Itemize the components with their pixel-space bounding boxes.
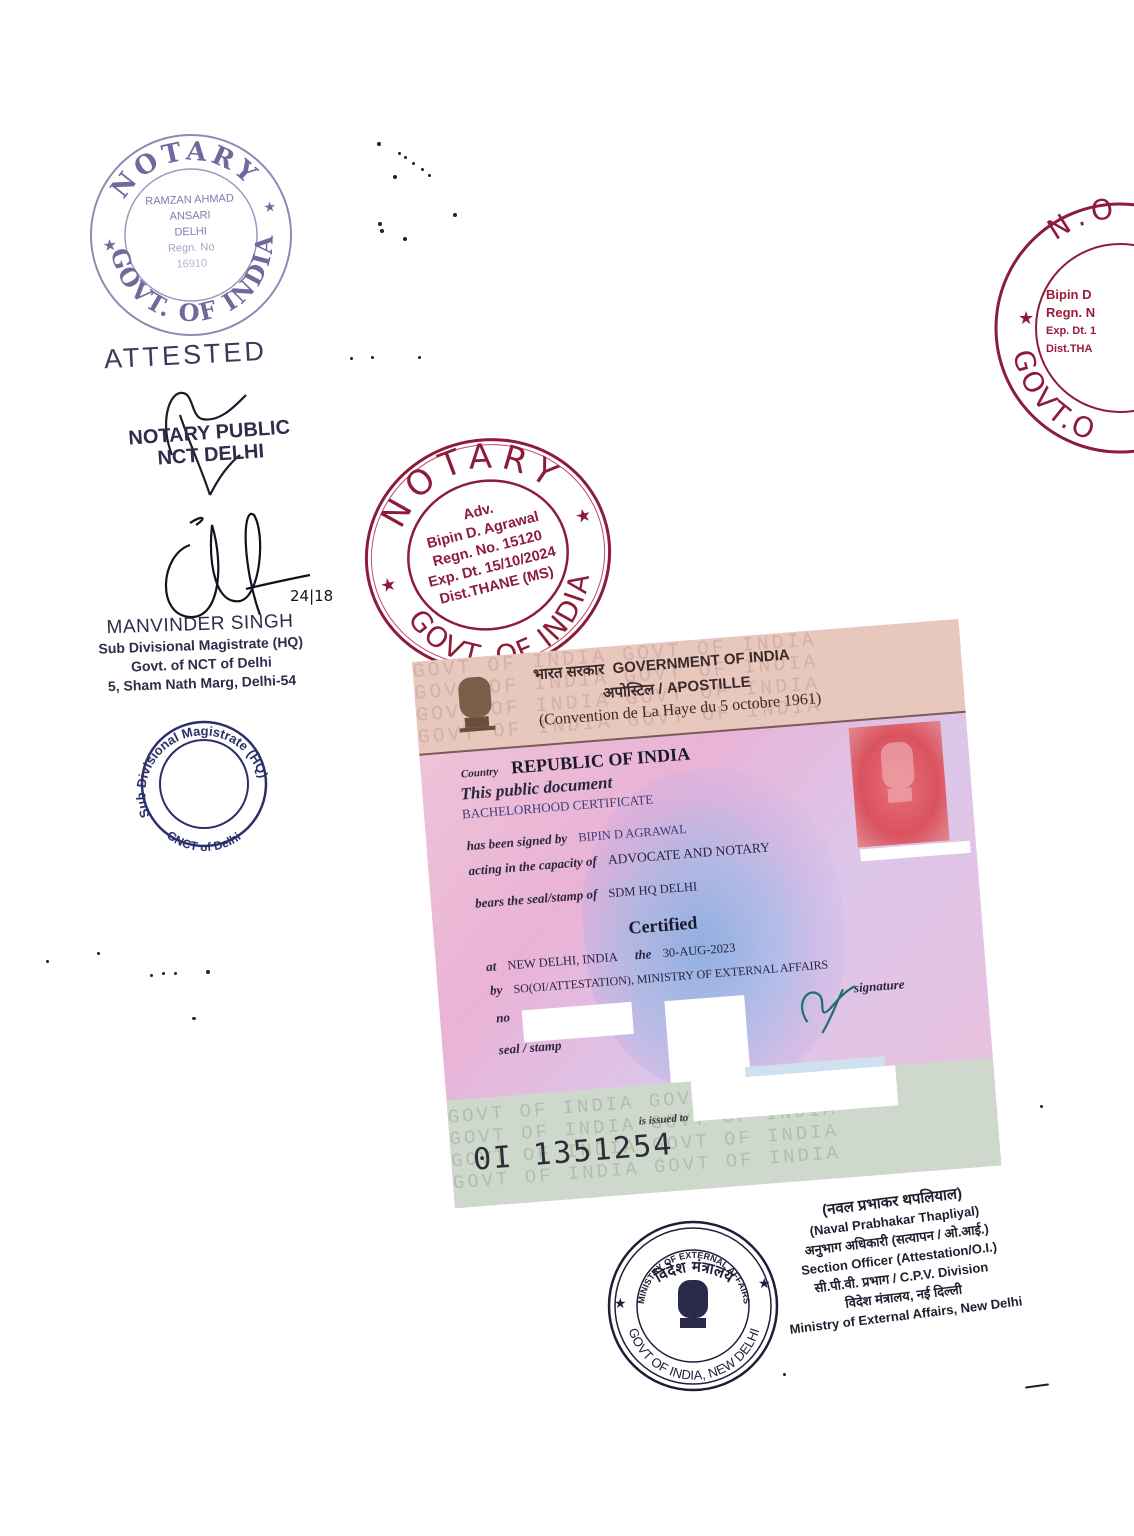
- svg-text:★: ★: [573, 504, 593, 527]
- field-signature-label: signature: [853, 976, 905, 996]
- apostille-certificate: GOVT OF INDIA GOVT OF INDIA GOVT OF INDI…: [412, 619, 1001, 1208]
- partial-line4: Dist.THA: [1046, 340, 1096, 358]
- field-seal-stamp-label: seal / stamp: [498, 1037, 562, 1058]
- svg-text:★: ★: [102, 237, 118, 255]
- sdm-designation-block: MANVINDER SINGH Sub Divisional Magistrat…: [75, 610, 328, 698]
- officer-signature: [788, 978, 862, 1043]
- national-emblem-icon: [678, 1280, 708, 1328]
- partial-line3: Exp. Dt. 1: [1046, 322, 1096, 340]
- svg-text:Sub Divisional Magistrate (HQ): Sub Divisional Magistrate (HQ): [133, 723, 271, 820]
- svg-text:★: ★: [1018, 308, 1034, 328]
- partial-line2: Regn. N: [1046, 304, 1096, 322]
- svg-text:N.O: N.O: [1041, 196, 1121, 247]
- mea-round-seal: विदेश मंत्रालय MINISTRY OF EXTERNAL AFFA…: [604, 1218, 782, 1394]
- svg-text:★: ★: [758, 1275, 771, 1291]
- stamp-inner-text: RAMZAN AHMAD ANSARI DELHI Regn. No 16910: [129, 190, 252, 274]
- notary-public-stamp: NOTARY PUBLIC NCT DELHI: [99, 414, 322, 473]
- svg-text:★: ★: [263, 198, 277, 215]
- emblem-stamp-icon: [872, 736, 927, 826]
- stamp-inner-text: Bipin D Regn. N Exp. Dt. 1 Dist.THA: [1046, 286, 1096, 358]
- notary-stamp-partial-right: N.O GOVT.O ★ Bipin D Regn. N Exp. Dt. 1 …: [990, 196, 1134, 458]
- notary-stamp-ramzan-ahmad-ansari: NOTARY GOVT. OF INDIA ★ ★ RAMZAN AHMAD A…: [76, 120, 307, 351]
- national-emblem-icon: [451, 672, 500, 739]
- svg-text:★: ★: [614, 1295, 627, 1311]
- signature-date: 24|18: [290, 587, 333, 605]
- partial-line1: Bipin D: [1046, 286, 1096, 304]
- svg-text:★: ★: [378, 573, 398, 596]
- svg-text:GNCT of Delhi: GNCT of Delhi: [164, 828, 243, 851]
- mea-officer-stamp: (नवल प्रभाकर थपलियाल) (Naval Prabhakar T…: [767, 1177, 1031, 1339]
- field-number: no: [496, 1009, 511, 1026]
- sdm-round-seal: Sub Divisional Magistrate (HQ) GNCT of D…: [128, 716, 278, 851]
